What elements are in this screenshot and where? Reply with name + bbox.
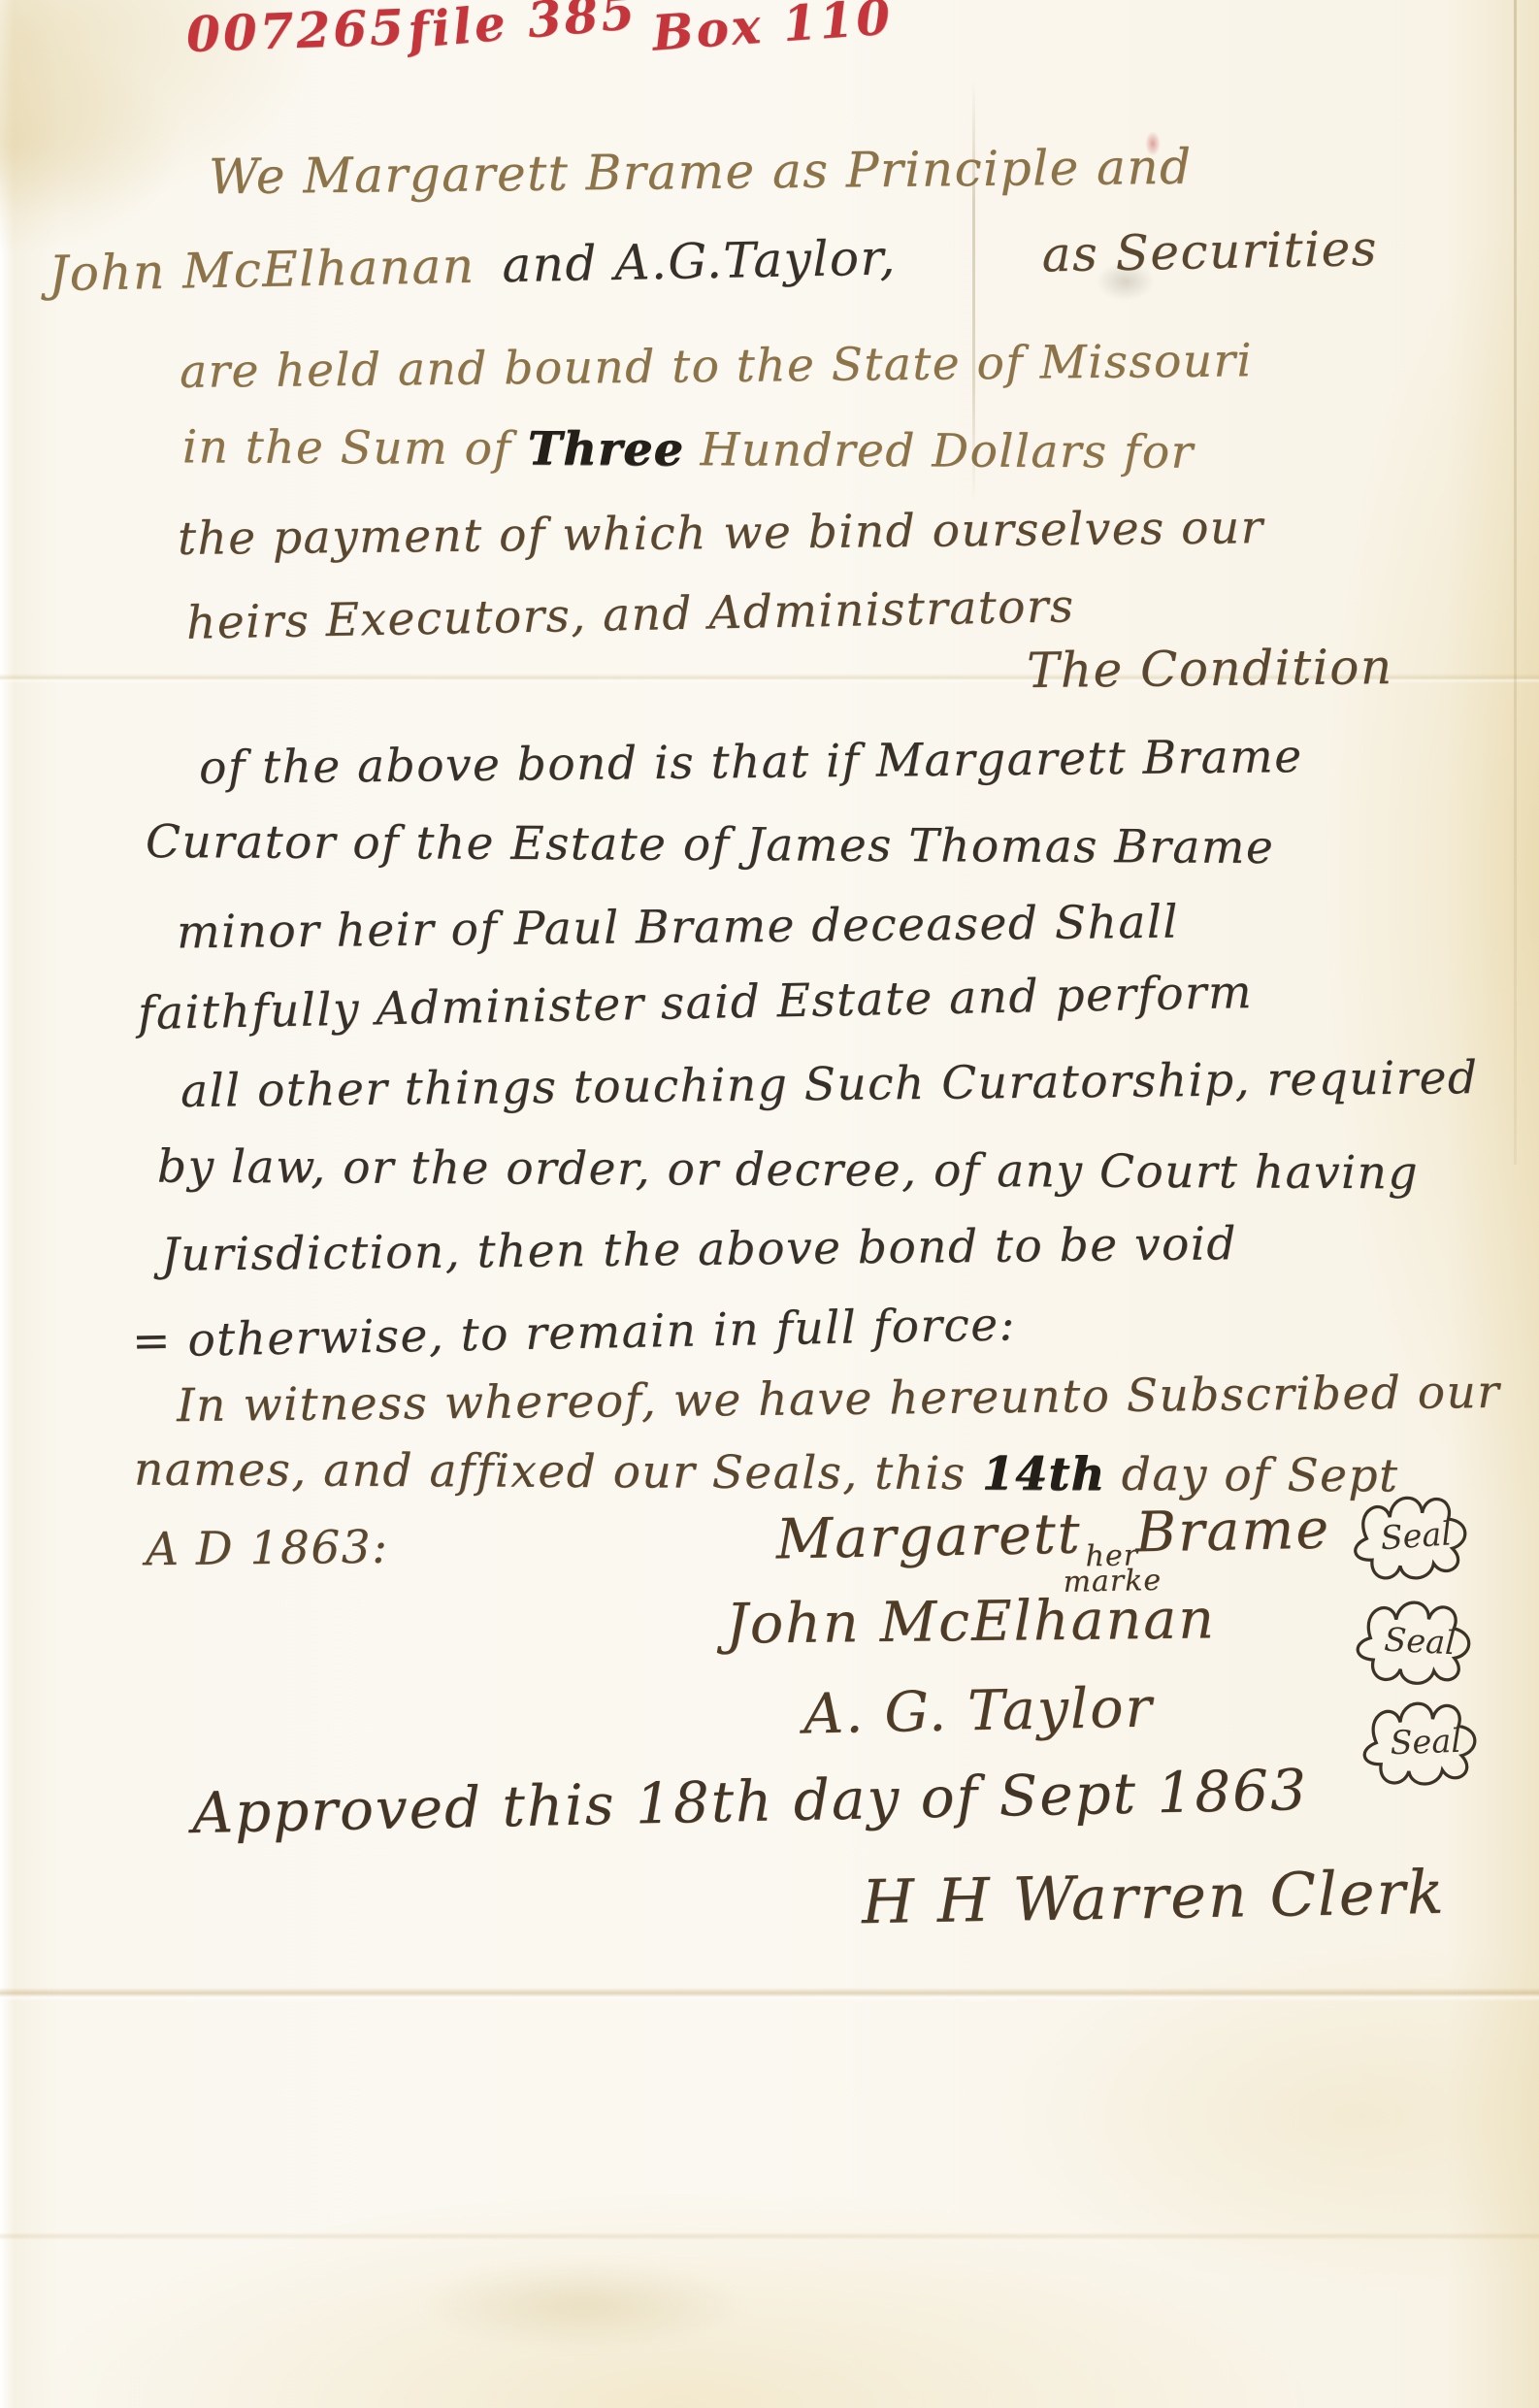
seal-scribble-3: Seal bbox=[1355, 1689, 1487, 1795]
witness-line-1: In witness whereof, we have hereunto Sub… bbox=[177, 1366, 1501, 1433]
box-number-annotation: Box 110 bbox=[650, 0, 895, 62]
paper-stain bbox=[417, 2261, 747, 2349]
clerk-signature: H H Warren Clerk bbox=[861, 1857, 1446, 1937]
seal-label: Seal bbox=[1379, 1514, 1453, 1557]
condition-line-8: = otherwise, to remain in full force: bbox=[132, 1298, 1017, 1368]
condition-line-6: by law, or the order, or decree, of any … bbox=[157, 1140, 1419, 1201]
vertical-fold-crease bbox=[1514, 0, 1517, 1165]
anno-domini-line: A D 1863: bbox=[146, 1521, 389, 1577]
condition-line-4: faithfully Administer said Estate and pe… bbox=[138, 966, 1254, 1040]
condition-line-3: minor heir of Paul Brame deceased Shall bbox=[177, 896, 1179, 960]
signature-first-name: Margarett bbox=[775, 1501, 1082, 1571]
seal-scribble-1: Seal bbox=[1344, 1481, 1479, 1591]
sum-amount-overwritten: Three bbox=[528, 422, 685, 477]
horizontal-fold-crease bbox=[0, 2232, 1539, 2240]
bond-line-payment: the payment of which we bind ourselves o… bbox=[178, 501, 1264, 566]
case-number-annotation: 007265 bbox=[185, 0, 408, 63]
condition-line-5: all other things touching Such Curatorsh… bbox=[180, 1051, 1479, 1118]
file-number-annotation: file 385 bbox=[406, 0, 639, 59]
horizontal-fold-crease bbox=[0, 1988, 1539, 2001]
scanned-bond-document: 007265 file 385 Box 110 We Margarett Bra… bbox=[0, 0, 1539, 2408]
witness-line-2: names, and affixed our Seals, this 14th … bbox=[134, 1443, 1399, 1503]
signature-last-name: Brame bbox=[1135, 1498, 1331, 1566]
seal-label: Seal bbox=[1384, 1621, 1457, 1663]
surety-name-ag-taylor-inserted: and A.G.Taylor, bbox=[502, 229, 897, 293]
seal-label: Seal bbox=[1390, 1722, 1462, 1763]
signature-ag-taylor: A. G. Taylor bbox=[802, 1676, 1154, 1747]
surety-name-john-mcelhanan: John McElhanan bbox=[49, 238, 475, 302]
signature-margarett-brame: MargaretthermarkeBrame bbox=[775, 1498, 1331, 1601]
condition-line-2: Curator of the Estate of James Thomas Br… bbox=[146, 815, 1275, 874]
condition-line-7: Jurisdiction, then the above bond to be … bbox=[161, 1217, 1237, 1282]
approval-line: Approved this 18th day of Sept 1863 bbox=[191, 1757, 1308, 1846]
bond-line-heirs: heirs Executors, and Administrators bbox=[186, 579, 1075, 650]
principal-surety-names: John McElhananand A.G.Taylor,as Securiti… bbox=[49, 220, 1379, 302]
sum-suffix: Hundred Dollars for bbox=[684, 423, 1195, 479]
securities-role-label: as Securities bbox=[1041, 220, 1378, 283]
seal-scribble-2: Seal bbox=[1348, 1587, 1481, 1695]
bond-line-held-bound: are held and bound to the State of Misso… bbox=[180, 334, 1254, 399]
day-number-overwritten: 14th bbox=[982, 1447, 1106, 1501]
condition-heading: The Condition bbox=[1027, 639, 1393, 699]
bond-line-opening: We Margarett Brame as Principle and bbox=[209, 139, 1193, 206]
signature-john-mcelhanan: John McElhanan bbox=[726, 1587, 1217, 1656]
condition-line-1: of the above bond is that if Margarett B… bbox=[199, 730, 1303, 795]
sum-prefix: in the Sum of bbox=[182, 420, 528, 476]
witness-line-2-prefix: names, and affixed our Seals, this bbox=[134, 1443, 982, 1501]
bond-line-sum: in the Sum of Three Hundred Dollars for bbox=[182, 420, 1195, 478]
